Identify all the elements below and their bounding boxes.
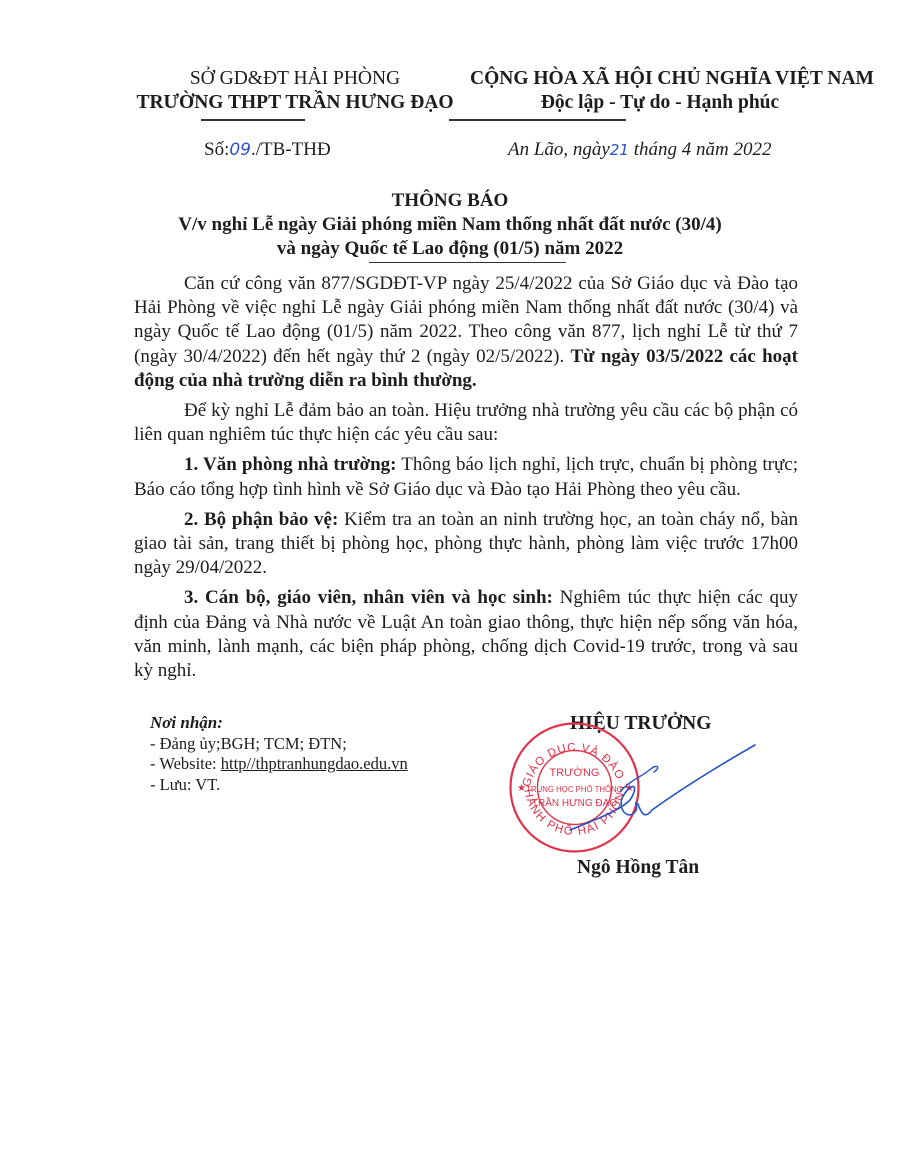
- recipient-line: - Lưu: VT.: [150, 775, 408, 796]
- document-number: Số:09./TB-THĐ: [204, 139, 331, 161]
- recipients-block: Nơi nhận: - Đảng ủy;BGH; TCM; ĐTN; - Web…: [150, 713, 408, 795]
- department-name: SỞ GD&ĐT HẢI PHÒNG: [128, 67, 462, 91]
- motto-underline: [449, 119, 626, 121]
- document-subject-line2: và ngày Quốc tế Lao động (01/5) năm 2022: [0, 237, 900, 262]
- place-date: An Lão, ngày21 tháng 4 năm 2022: [508, 139, 771, 161]
- document-subject-line1: V/v nghỉ Lễ ngày Giải phóng miền Nam thố…: [0, 213, 900, 238]
- school-name: TRƯỜNG THPT TRẦN HƯNG ĐẠO: [128, 91, 462, 115]
- recipient-line: - Website: http//thptranhungdao.edu.vn: [150, 754, 408, 775]
- item-staff-students: 3. Cán bộ, giáo viên, nhân viên và học s…: [134, 586, 798, 683]
- national-header: CỘNG HÒA XÃ HỘI CHỦ NGHĨA VIỆT NAM Độc l…: [470, 67, 850, 115]
- handwritten-number: 09: [229, 140, 251, 160]
- item-security: 2. Bộ phận bảo vệ: Kiểm tra an toàn an n…: [134, 508, 798, 581]
- paragraph-request: Để kỳ nghỉ Lễ đảm bảo an toàn. Hiệu trưở…: [134, 399, 798, 447]
- national-motto: Độc lập - Tự do - Hạnh phúc: [470, 91, 850, 115]
- item-office: 1. Văn phòng nhà trường: Thông báo lịch …: [134, 453, 798, 501]
- recipient-line: - Đảng ủy;BGH; TCM; ĐTN;: [150, 734, 408, 755]
- issuer-header: SỞ GD&ĐT HẢI PHÒNG TRƯỜNG THPT TRẦN HƯNG…: [128, 67, 462, 115]
- signature-scribble-icon: [560, 740, 760, 840]
- paragraph-basis: Căn cứ công văn 877/SGDĐT-VP ngày 25/4/2…: [134, 272, 798, 393]
- document-title: THÔNG BÁO: [0, 189, 900, 214]
- handwritten-day: 21: [610, 141, 629, 159]
- recipients-heading: Nơi nhận:: [150, 713, 408, 734]
- subject-underline: [369, 262, 566, 263]
- school-name-underline: [201, 119, 305, 121]
- signer-name: Ngô Hồng Tân: [577, 857, 699, 879]
- document-body: Căn cứ công văn 877/SGDĐT-VP ngày 25/4/2…: [134, 272, 798, 683]
- svg-text:★: ★: [517, 783, 526, 794]
- national-name: CỘNG HÒA XÃ HỘI CHỦ NGHĨA VIỆT NAM: [470, 67, 850, 91]
- website-link[interactable]: http//thptranhungdao.edu.vn: [221, 754, 408, 773]
